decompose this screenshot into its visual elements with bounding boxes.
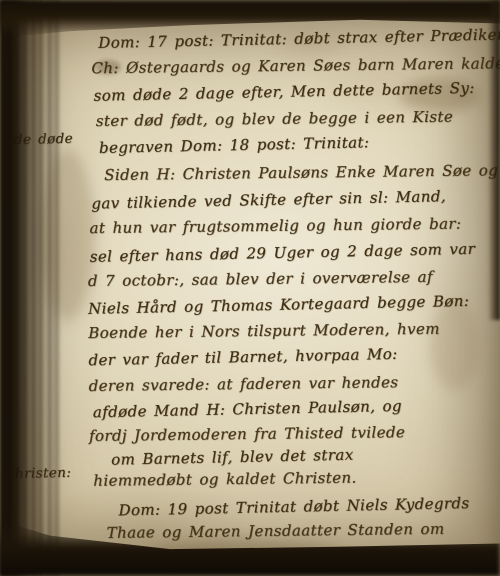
handwritten-text-block: Dom: 17 post: Trinitat: døbt strax efter… bbox=[0, 0, 500, 576]
manuscript-line: om Barnets lif, blev det strax bbox=[111, 448, 354, 468]
manuscript-line: Siden H: Christen Paulsøns Enke Maren Sø… bbox=[104, 163, 498, 183]
manuscript-line: Thaae og Maren Jensdaatter Standen om bbox=[107, 522, 445, 541]
manuscript-line: fordj Jordemoderen fra Thisted tvilede bbox=[89, 425, 405, 444]
manuscript-line: Dom: 19 post Trinitat døbt Niels Kydegrd… bbox=[118, 496, 469, 518]
manuscript-line: at hun var frugtsommelig og hun giorde b… bbox=[89, 217, 461, 237]
margin-note-2de-doede: 2de døde bbox=[5, 133, 73, 148]
manuscript-line: Niels Hård og Thomas Kortegaard begge Bø… bbox=[88, 294, 469, 317]
manuscript-line: begraven Dom: 18 post: Trinitat: bbox=[99, 135, 370, 156]
manuscript-line: Ch: Østergaards og Karen Søes barn Maren… bbox=[91, 56, 500, 76]
manuscript-line: d 7 octobr:, saa blev der i overværelse … bbox=[88, 270, 433, 289]
manuscript-line: Dom: 17 post: Trinitat: døbt strax efter… bbox=[98, 27, 500, 51]
manuscript-line: der var fader til Barnet, hvorpaa Mo: bbox=[88, 347, 397, 368]
manuscript-line: sel efter hans død 29 Uger og 2 dage som… bbox=[90, 242, 476, 265]
manuscript-line: som døde 2 dage efter, Men dette barnets… bbox=[94, 81, 475, 104]
manuscript-line: ster død født, og blev de begge i een Ki… bbox=[96, 110, 454, 129]
manuscript-line: afdøde Mand H: Christen Paulsøn, og bbox=[93, 399, 402, 420]
margin-note-christen: Christen: bbox=[4, 467, 71, 482]
manuscript-photo: Dom: 17 post: Trinitat: døbt strax efter… bbox=[0, 0, 500, 576]
manuscript-line: Boende her i Nors tilspurt Moderen, hvem bbox=[88, 322, 440, 341]
manuscript-line: gav tilkiende ved Skifte efter sin sl: M… bbox=[91, 189, 446, 211]
manuscript-line: deren svarede: at faderen var hendes bbox=[89, 375, 399, 394]
manuscript-line: hiemmedøbt og kaldet Christen. bbox=[93, 471, 357, 489]
